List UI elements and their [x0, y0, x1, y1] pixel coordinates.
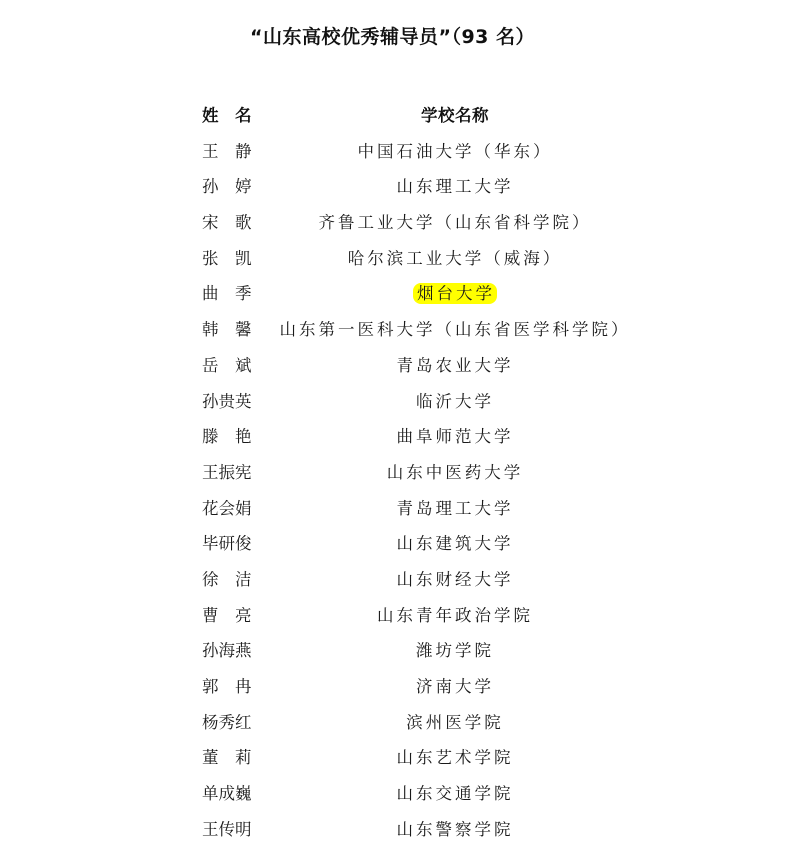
school-text: 青岛理工大学	[397, 499, 514, 518]
highlighted-school-text: 烟台大学	[413, 283, 497, 304]
column-header-school: 学校名称	[260, 98, 650, 134]
school-text: 山东青年政治学院	[377, 606, 533, 625]
awardee-name: 孙贵英	[202, 384, 258, 420]
table-row: 郭 冉济南大学	[0, 669, 785, 705]
school-name: 曲阜师范大学	[260, 419, 650, 455]
awardee-name: 孙海燕	[202, 633, 258, 669]
school-text: 山东艺术学院	[397, 748, 514, 767]
awardee-name: 王 静	[202, 134, 258, 170]
school-text: 济南大学	[416, 677, 494, 696]
school-name: 烟台大学	[260, 276, 650, 312]
table-row: 曲 季烟台大学	[0, 276, 785, 312]
school-name: 山东中医药大学	[260, 455, 650, 491]
school-name: 山东理工大学	[260, 169, 650, 205]
table-row: 毕研俊山东建筑大学	[0, 526, 785, 562]
school-name: 滨州医学院	[260, 705, 650, 741]
school-text: 曲阜师范大学	[397, 427, 514, 446]
school-name: 济南大学	[260, 669, 650, 705]
awardee-name: 郭 冉	[202, 669, 258, 705]
table-row: 董 莉山东艺术学院	[0, 740, 785, 776]
school-text: 潍坊学院	[416, 641, 494, 660]
table-row: 曹 亮山东青年政治学院	[0, 598, 785, 634]
school-name: 中国石油大学（华东）	[260, 134, 650, 170]
table-row: 孙海燕潍坊学院	[0, 633, 785, 669]
awardee-name: 岳 斌	[202, 348, 258, 384]
table-row: 王传明山东警察学院	[0, 812, 785, 848]
school-name: 山东建筑大学	[260, 526, 650, 562]
school-name: 山东艺术学院	[260, 740, 650, 776]
school-text: 山东建筑大学	[397, 534, 514, 553]
awardee-name: 徐 洁	[202, 562, 258, 598]
table-row: 孙贵英临沂大学	[0, 384, 785, 420]
table-row: 王 静中国石油大学（华东）	[0, 134, 785, 170]
table-header-row: 姓 名 学校名称	[0, 98, 785, 134]
school-name: 青岛理工大学	[260, 491, 650, 527]
school-text: 山东警察学院	[397, 820, 514, 839]
awardee-name: 毕研俊	[202, 526, 258, 562]
table-row: 杨秀红滨州医学院	[0, 705, 785, 741]
awardee-name: 王振宪	[202, 455, 258, 491]
school-name: 青岛农业大学	[260, 348, 650, 384]
table-row: 韩 馨山东第一医科大学（山东省医学科学院）	[0, 312, 785, 348]
school-text: 中国石油大学（华东）	[358, 142, 553, 161]
table-row: 王振宪山东中医药大学	[0, 455, 785, 491]
awardee-name: 孙 婷	[202, 169, 258, 205]
school-name: 潍坊学院	[260, 633, 650, 669]
awardee-name: 曲 季	[202, 276, 258, 312]
school-text: 山东理工大学	[397, 177, 514, 196]
school-name: 齐鲁工业大学（山东省科学院）	[260, 205, 650, 241]
awardee-name: 董 莉	[202, 740, 258, 776]
school-name: 临沂大学	[260, 384, 650, 420]
awardee-name: 张 凯	[202, 241, 258, 277]
school-text: 齐鲁工业大学（山东省科学院）	[319, 213, 592, 232]
school-text: 山东中医药大学	[387, 463, 524, 482]
awardee-name: 滕 艳	[202, 419, 258, 455]
document-title: “山东高校优秀辅导员”（93 名）	[0, 22, 785, 49]
table-row: 滕 艳曲阜师范大学	[0, 419, 785, 455]
school-text: 山东财经大学	[397, 570, 514, 589]
school-text: 山东交通学院	[397, 784, 514, 803]
awardee-name: 韩 馨	[202, 312, 258, 348]
table-row: 徐 洁山东财经大学	[0, 562, 785, 598]
school-text: 滨州医学院	[406, 713, 504, 732]
awardee-name: 王传明	[202, 812, 258, 848]
awardee-name: 单成巍	[202, 776, 258, 812]
school-text: 哈尔滨工业大学（威海）	[348, 249, 563, 268]
school-name: 山东财经大学	[260, 562, 650, 598]
awardee-table: 姓 名 学校名称 王 静中国石油大学（华东）孙 婷山东理工大学宋 歌齐鲁工业大学…	[0, 98, 785, 847]
column-header-name: 姓 名	[202, 98, 258, 134]
school-name: 山东第一医科大学（山东省医学科学院）	[260, 312, 650, 348]
school-name: 山东青年政治学院	[260, 598, 650, 634]
school-name: 山东警察学院	[260, 812, 650, 848]
awardee-name: 杨秀红	[202, 705, 258, 741]
awardee-name: 花会娟	[202, 491, 258, 527]
awardee-name: 宋 歌	[202, 205, 258, 241]
school-name: 山东交通学院	[260, 776, 650, 812]
table-row: 单成巍山东交通学院	[0, 776, 785, 812]
table-row: 花会娟青岛理工大学	[0, 491, 785, 527]
school-name: 哈尔滨工业大学（威海）	[260, 241, 650, 277]
school-text: 临沂大学	[416, 392, 494, 411]
table-body: 王 静中国石油大学（华东）孙 婷山东理工大学宋 歌齐鲁工业大学（山东省科学院）张…	[0, 134, 785, 848]
table-row: 宋 歌齐鲁工业大学（山东省科学院）	[0, 205, 785, 241]
table-row: 孙 婷山东理工大学	[0, 169, 785, 205]
table-row: 张 凯哈尔滨工业大学（威海）	[0, 241, 785, 277]
school-text: 山东第一医科大学（山东省医学科学院）	[280, 320, 631, 339]
table-row: 岳 斌青岛农业大学	[0, 348, 785, 384]
awardee-name: 曹 亮	[202, 598, 258, 634]
school-text: 青岛农业大学	[397, 356, 514, 375]
